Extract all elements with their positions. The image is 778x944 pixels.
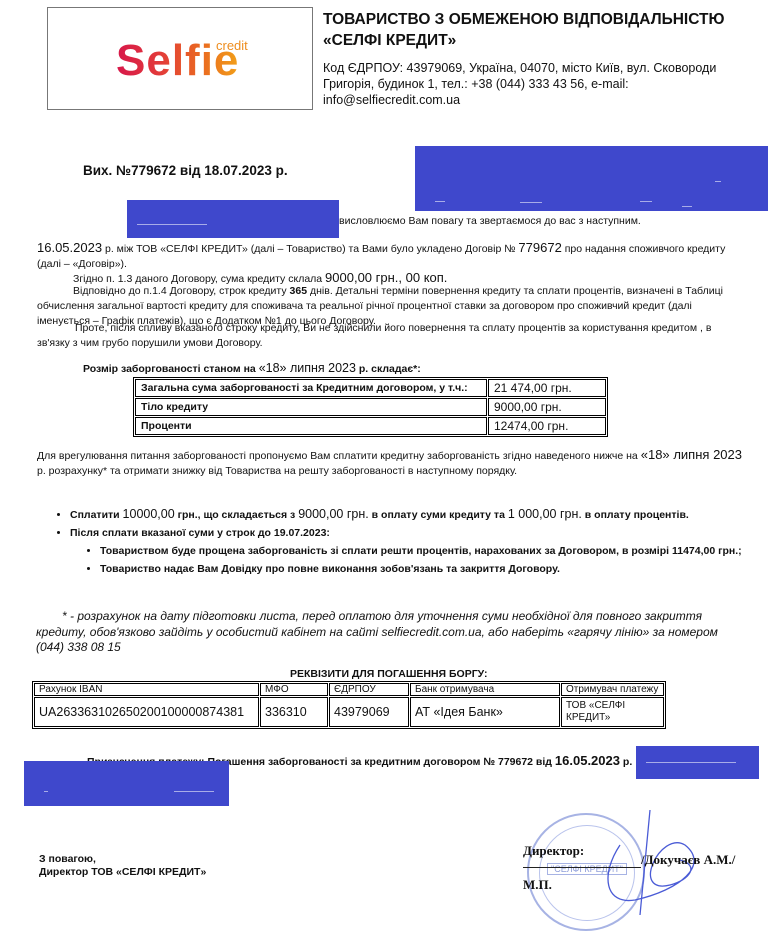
item-text: в оплату процентів. — [582, 509, 689, 521]
redacted-recipient-block — [415, 146, 768, 211]
debt-value: 21 474,00 грн. — [488, 379, 606, 397]
offer-intro: Для врегулювання питання заборгованості … — [37, 447, 742, 479]
signature-line — [523, 867, 641, 868]
debt-value: 12474,00 грн. — [488, 417, 606, 435]
interest-amount: 1 000,00 грн. — [508, 507, 582, 521]
credit-term-days: 365 — [290, 285, 308, 297]
column-header: МФО — [260, 683, 328, 696]
logo-subtitle: credit — [216, 38, 248, 53]
table-row: UA263363102650200100000874381 336310 439… — [34, 697, 664, 727]
seal-label: М.П. — [523, 877, 552, 893]
paragraph-text: Відповідно до п.1.4 Договору, строк кред… — [73, 285, 290, 297]
redacted-purpose-tail — [636, 746, 759, 779]
paragraph-violation: Проте, після спливу вказаного строку кре… — [37, 321, 737, 351]
item-text: в оплату суми кредиту та — [369, 509, 508, 521]
redacted-purpose-block — [24, 761, 229, 806]
debt-title: Розмір заборгованості станом на «18» лип… — [83, 361, 421, 375]
footnote: * - розрахунок на дату підготовки листа,… — [36, 609, 736, 656]
recipient-cell: ТОВ «СЕЛФІ КРЕДИТ» — [561, 697, 664, 727]
contract-number: 779672 — [518, 240, 561, 255]
signature-role: Директор: — [523, 843, 584, 859]
signer-title: Директор ТОВ «СЕЛФІ КРЕДИТ» — [39, 866, 206, 879]
offer-list: Сплатити 10000,00 грн., що складається з… — [56, 505, 770, 578]
debt-label: Тіло кредиту — [135, 398, 487, 416]
column-header: Банк отримувача — [410, 683, 560, 696]
pay-amount: 10000,00 — [123, 507, 175, 521]
company-address: Код ЄДРПОУ: 43979069, Україна, 04070, мі… — [323, 60, 768, 108]
debt-date: «18» липня 2023 — [259, 361, 356, 375]
item-text: Після сплати вказаної суми у строк до 19… — [70, 527, 330, 539]
requisites-table: Рахунок IBAN МФО ЄДРПОУ Банк отримувача … — [32, 681, 666, 729]
table-header-row: Рахунок IBAN МФО ЄДРПОУ Банк отримувача … — [34, 683, 664, 696]
debt-label: Проценти — [135, 417, 487, 435]
regards-text: З повагою, — [39, 853, 206, 866]
requisites-title: РЕКВІЗИТИ ДЛЯ ПОГАШЕННЯ БОРГУ: — [290, 668, 487, 680]
credit-amount: 9000,00 грн., 00 коп. — [325, 270, 447, 285]
company-title: ТОВАРИСТВО З ОБМЕЖЕНОЮ ВІДПОВІДАЛЬНІСТЮ … — [323, 9, 763, 51]
redacted-salutation-block — [127, 200, 339, 238]
purpose-date: 16.05.2023 — [555, 753, 620, 768]
paragraph-contract: 16.05.2023 р. між ТОВ «СЕЛФІ КРЕДИТ» (да… — [37, 240, 737, 272]
table-row: Проценти12474,00 грн. — [135, 417, 606, 435]
debt-table: Загальна сума заборгованості за Кредитни… — [133, 377, 608, 437]
list-item: Після сплати вказаної суми у строк до 19… — [70, 524, 770, 578]
column-header: Отримувач платежу — [561, 683, 664, 696]
closing-block: З повагою, Директор ТОВ «СЕЛФІ КРЕДИТ» — [39, 853, 206, 879]
iban-cell: UA263363102650200100000874381 — [34, 697, 259, 727]
list-item: Товариство надає Вам Довідку про повне в… — [100, 560, 770, 578]
column-header: ЄДРПОУ — [329, 683, 409, 696]
body-amount: 9000,00 грн. — [298, 507, 369, 521]
list-item: Товариством буде прощена заборгованість … — [100, 542, 770, 560]
table-row: Загальна сума заборгованості за Кредитни… — [135, 379, 606, 397]
debt-title-text: р. складає*: — [356, 363, 421, 375]
offer-date: «18» липня 2023 — [641, 447, 742, 462]
greeting-text: висловлюємо Вам повагу та звертаємося до… — [339, 214, 641, 229]
paragraph-text: р. між ТОВ «СЕЛФІ КРЕДИТ» (далі – Товари… — [102, 243, 518, 255]
company-logo: Selfie credit — [47, 7, 313, 110]
purpose-text: р. — [620, 756, 632, 768]
debt-title-text: Розмір заборгованості станом на — [83, 363, 259, 375]
signature-name: /Докучаєв А.М./ — [641, 852, 735, 868]
debt-label: Загальна сума заборгованості за Кредитни… — [135, 379, 487, 397]
debt-value: 9000,00 грн. — [488, 398, 606, 416]
paragraph-text: р. розрахунку* та отримати знижку від То… — [37, 465, 517, 477]
column-header: Рахунок IBAN — [34, 683, 259, 696]
item-text: Сплатити — [70, 509, 123, 521]
bank-cell: АТ «Ідея Банк» — [410, 697, 560, 727]
contract-date: 16.05.2023 — [37, 240, 102, 255]
edrpou-cell: 43979069 — [329, 697, 409, 727]
list-item: Сплатити 10000,00 грн., що складається з… — [70, 505, 770, 524]
item-text: грн., що складається з — [175, 509, 299, 521]
outgoing-number: Вих. №779672 від 18.07.2023 р. — [83, 163, 288, 178]
table-row: Тіло кредиту9000,00 грн. — [135, 398, 606, 416]
paragraph-text: Для врегулювання питання заборгованості … — [37, 450, 641, 462]
mfo-cell: 336310 — [260, 697, 328, 727]
